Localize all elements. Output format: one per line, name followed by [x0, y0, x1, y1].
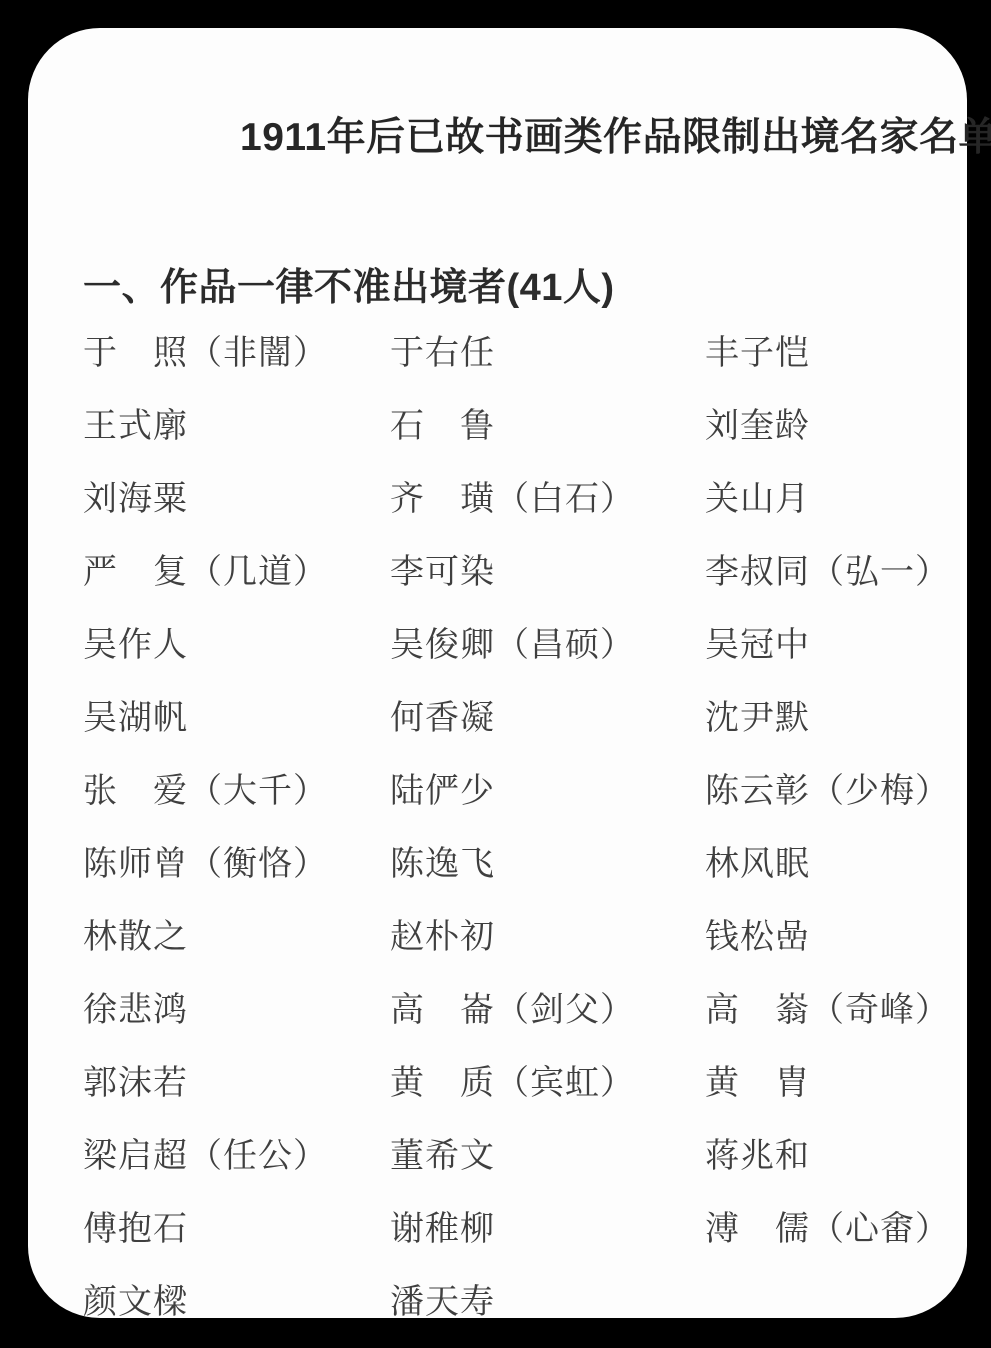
name-cell: 于 照（非闇）	[83, 325, 390, 374]
name-cell: 石 鲁	[390, 398, 705, 447]
name-row: 颜文樑 潘天寿	[83, 1262, 973, 1335]
name-cell: 王式廓	[83, 398, 390, 447]
name-cell: 刘奎龄	[705, 398, 973, 447]
name-row: 吴湖帆 何香凝 沈尹默	[83, 678, 973, 751]
name-cell: 吴俊卿（昌硕）	[390, 617, 705, 666]
name-cell: 高 崙（剑父）	[390, 982, 705, 1031]
name-cell: 李可染	[390, 544, 705, 593]
name-cell: 董希文	[390, 1128, 705, 1177]
name-row: 林散之 赵朴初 钱松嵒	[83, 897, 973, 970]
name-cell: 吴作人	[83, 617, 390, 666]
name-row: 张 爱（大千） 陆俨少 陈云彰（少梅）	[83, 751, 973, 824]
section-heading: 一、作品一律不准出境者(41人)	[83, 256, 615, 311]
name-row: 梁启超（任公） 董希文 蒋兆和	[83, 1116, 973, 1189]
name-cell: 陆俨少	[390, 763, 705, 812]
name-cell: 于右任	[390, 325, 705, 374]
name-cell: 徐悲鸿	[83, 982, 390, 1031]
name-cell: 吴冠中	[705, 617, 973, 666]
name-row: 徐悲鸿 高 崙（剑父） 高 嵡（奇峰）	[83, 970, 973, 1043]
name-cell: 陈云彰（少梅）	[705, 763, 973, 812]
name-cell: 黄 胄	[705, 1055, 973, 1104]
name-cell: 黄 质（宾虹）	[390, 1055, 705, 1104]
name-cell: 齐 璜（白石）	[390, 471, 705, 520]
name-cell: 丰子恺	[705, 325, 973, 374]
name-cell: 蒋兆和	[705, 1128, 973, 1177]
name-cell: 李叔同（弘一）	[705, 544, 973, 593]
name-cell: 潘天寿	[390, 1274, 705, 1323]
name-row: 于 照（非闇） 于右任 丰子恺	[83, 313, 973, 386]
name-cell: 钱松嵒	[705, 909, 973, 958]
document-card: 1911年后已故书画类作品限制出境名家名单 一、作品一律不准出境者(41人) 于…	[28, 28, 967, 1318]
name-cell: 林散之	[83, 909, 390, 958]
names-list: 于 照（非闇） 于右任 丰子恺 王式廓 石 鲁 刘奎龄 刘海粟 齐 璜（白石） …	[83, 313, 973, 1335]
name-cell: 陈师曾（衡恪）	[83, 836, 390, 885]
name-cell: 高 嵡（奇峰）	[705, 982, 973, 1031]
name-cell: 梁启超（任公）	[83, 1128, 390, 1177]
name-cell: 赵朴初	[390, 909, 705, 958]
name-cell: 吴湖帆	[83, 690, 390, 739]
name-cell: 颜文樑	[83, 1274, 390, 1323]
name-cell: 张 爱（大千）	[83, 763, 390, 812]
name-cell: 林风眠	[705, 836, 973, 885]
name-cell: 刘海粟	[83, 471, 390, 520]
name-row: 郭沫若 黄 质（宾虹） 黄 胄	[83, 1043, 973, 1116]
name-cell: 关山月	[705, 471, 973, 520]
name-cell: 谢稚柳	[390, 1201, 705, 1250]
page-background: { "title": "1911年后已故书画类作品限制出境名家名单", "sec…	[0, 0, 991, 1348]
name-cell: 陈逸飞	[390, 836, 705, 885]
name-row: 傅抱石 谢稚柳 溥 儒（心畬）	[83, 1189, 973, 1262]
name-cell: 郭沫若	[83, 1055, 390, 1104]
name-cell: 沈尹默	[705, 690, 973, 739]
name-cell: 何香凝	[390, 690, 705, 739]
name-row: 严 复（几道） 李可染 李叔同（弘一）	[83, 532, 973, 605]
document-title: 1911年后已故书画类作品限制出境名家名单	[240, 106, 991, 162]
name-cell: 傅抱石	[83, 1201, 390, 1250]
name-row: 王式廓 石 鲁 刘奎龄	[83, 386, 973, 459]
name-row: 吴作人 吴俊卿（昌硕） 吴冠中	[83, 605, 973, 678]
name-row: 陈师曾（衡恪） 陈逸飞 林风眠	[83, 824, 973, 897]
name-cell: 严 复（几道）	[83, 544, 390, 593]
name-row: 刘海粟 齐 璜（白石） 关山月	[83, 459, 973, 532]
name-cell: 溥 儒（心畬）	[705, 1201, 973, 1250]
